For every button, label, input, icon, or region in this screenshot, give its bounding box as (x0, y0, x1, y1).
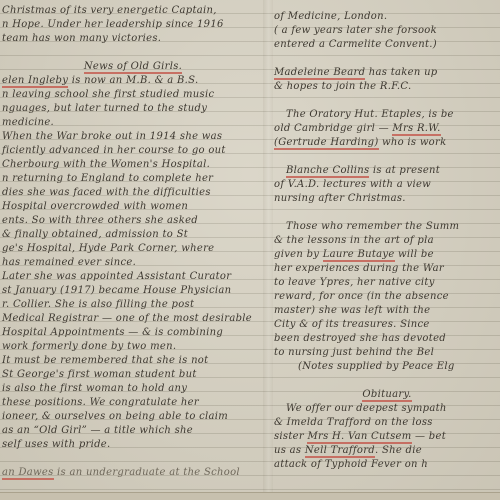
handwriting-text: r. Collier. She is also filling the post (2, 299, 194, 310)
handwriting-text: n leaving school she first studied music (2, 89, 214, 100)
handwriting-line: medicine. (2, 116, 264, 130)
manuscript-photo: Christmas of its very energetic Captain,… (0, 0, 500, 500)
handwriting-text: The Oratory Hut. Etaples, is be (286, 109, 454, 120)
handwriting-text: us as (274, 445, 305, 456)
handwriting-line: n Hope. Under her leadership since 1916 (2, 18, 264, 32)
handwriting-line: Those who remember the Summ (274, 220, 500, 234)
handwriting-text: ( a few years later she forsook (274, 25, 437, 36)
handwriting-line: Hospital overcrowded with women (2, 200, 264, 214)
handwriting-text: & Imelda Trafford on the loss (274, 417, 433, 428)
handwriting-text: St George's first woman student but (2, 369, 197, 380)
handwriting-text: self uses with pride. (2, 439, 111, 450)
handwriting-line: master) she was left with the (274, 304, 500, 318)
handwriting-line: st January (1917) became House Physician (2, 284, 264, 298)
handwriting-line: to leave Ypres, her native city (274, 276, 500, 290)
handwriting-line: given by Laure Butaye will be (274, 248, 500, 262)
handwriting-text: Later she was appointed Assistant Curato… (2, 271, 231, 282)
handwriting-line: of V.A.D. lectures with a view (274, 178, 500, 192)
red-underlined-name: Madeleine Beard (274, 67, 365, 80)
handwriting-text: team has won many victories. (2, 33, 161, 44)
handwriting-text: dies she was faced with the difficulties (2, 187, 211, 198)
handwriting-text: st January (1917) became House Physician (2, 285, 231, 296)
handwriting-line: It must be remembered that she is not (2, 354, 264, 368)
right-page: of Medicine, London.( a few years later … (272, 0, 500, 500)
handwriting-line: ents. So with three others she asked (2, 214, 264, 228)
left-page: Christmas of its very energetic Captain,… (0, 0, 264, 500)
handwriting-text: of V.A.D. lectures with a view (274, 179, 431, 190)
handwriting-line: nguages, but later turned to the study (2, 102, 264, 116)
handwriting-line: ficiently advanced in her course to go o… (2, 144, 264, 158)
handwriting-text: n returning to England to complete her (2, 173, 213, 184)
handwriting-line: an Dawes is an undergraduate at the Scho… (2, 466, 264, 480)
red-underlined-name: Mrs R.W. (392, 123, 440, 136)
handwriting-line: reward, for once (in the absence (274, 290, 500, 304)
red-underlined-name: News of Old Girls. (84, 61, 182, 74)
red-underlined-name: Obituary. (362, 389, 411, 402)
handwriting-text: given by (274, 249, 323, 260)
handwriting-line: r. Collier. She is also filling the post (2, 298, 264, 312)
handwriting-line: to nursing just behind the Bel (274, 346, 500, 360)
handwriting-text: Medical Registrar — one of the most desi… (2, 313, 252, 324)
handwriting-line: We offer our deepest sympath (274, 402, 500, 416)
handwriting-line: City & of its treasures. Since (274, 318, 500, 332)
handwriting-line: Christmas of its very energetic Captain, (2, 4, 264, 18)
handwriting-line: work formerly done by two men. (2, 340, 264, 354)
handwriting-text: & finally obtained, admission to St (2, 229, 188, 240)
handwriting-text: sister (274, 431, 307, 442)
handwriting-line: St George's first woman student but (2, 368, 264, 382)
handwriting-line: Blanche Collins is at present (274, 164, 500, 178)
handwriting-line: sister Mrs H. Van Cutsem — bet (274, 430, 500, 444)
section-heading-news-of-old-girls: News of Old Girls. (2, 60, 264, 74)
red-underlined-name: (Gertrude Harding) (274, 137, 379, 150)
handwriting-text: will be (395, 249, 434, 260)
handwriting-text: (Notes supplied by Peace Elg (298, 361, 455, 372)
handwriting-line: these positions. We congratulate her (2, 396, 264, 410)
handwriting-line: (Gertrude Harding) who is work (274, 136, 500, 150)
handwriting-text: has remained ever since. (2, 257, 136, 268)
red-underlined-name: an Dawes (2, 467, 54, 480)
handwriting-text: old Cambridge girl — (274, 123, 392, 134)
handwriting-text: master) she was left with the (274, 305, 430, 316)
handwriting-line: n leaving school she first studied music (2, 88, 264, 102)
handwriting-line: ge's Hospital, Hyde Park Corner, where (2, 242, 264, 256)
handwriting-text: medicine. (2, 117, 54, 128)
handwriting-line: us as Nell Trafford. She die (274, 444, 500, 458)
handwriting-line: attack of Typhoid Fever on h (274, 458, 500, 472)
handwriting-line: of Medicine, London. (274, 10, 500, 24)
handwriting-text: as an “Old Girl” — a title which she (2, 425, 193, 436)
handwriting-text: of Medicine, London. (274, 11, 387, 22)
handwriting-text: When the War broke out in 1914 she was (2, 131, 222, 142)
handwriting-line: is also the first woman to hold any (2, 382, 264, 396)
section-heading-obituary: Obituary. (274, 388, 500, 402)
handwriting-line: been destroyed she has devoted (274, 332, 500, 346)
red-underlined-name: Blanche Collins (286, 165, 369, 178)
handwriting-text: work formerly done by two men. (2, 341, 176, 352)
handwriting-line: has remained ever since. (2, 256, 264, 270)
handwriting-text: entered a Carmelite Convent.) (274, 39, 437, 50)
red-underlined-name: Nell Trafford (305, 445, 375, 458)
handwriting-line: & finally obtained, admission to St (2, 228, 264, 242)
handwriting-line: n returning to England to complete her (2, 172, 264, 186)
handwriting-text: been destroyed she has devoted (274, 333, 446, 344)
handwriting-line: The Oratory Hut. Etaples, is be (274, 108, 500, 122)
handwriting-text: is also the first woman to hold any (2, 383, 187, 394)
handwriting-line: as an “Old Girl” — a title which she (2, 424, 264, 438)
handwriting-text: ficiently advanced in her course to go o… (2, 145, 226, 156)
handwriting-line: her experiences during the War (274, 262, 500, 276)
handwriting-text: & the lessons in the art of pla (274, 235, 434, 246)
handwriting-text: Hospital overcrowded with women (2, 201, 188, 212)
handwriting-line: team has won many victories. (2, 32, 264, 46)
handwriting-text: to leave Ypres, her native city (274, 277, 435, 288)
handwriting-text: attack of Typhoid Fever on h (274, 459, 428, 470)
handwriting-line: Hospital Appointments — & is combining (2, 326, 264, 340)
handwriting-text: is at present (369, 165, 440, 176)
handwriting-line: entered a Carmelite Convent.) (274, 38, 500, 52)
handwriting-line: (Notes supplied by Peace Elg (274, 360, 500, 374)
red-underlined-name: Mrs H. Van Cutsem (307, 431, 411, 444)
handwriting-text: City & of its treasures. Since (274, 319, 430, 330)
handwriting-line: ioneer, & ourselves on being able to cla… (2, 410, 264, 424)
handwriting-text: ge's Hospital, Hyde Park Corner, where (2, 243, 214, 254)
handwriting-line: old Cambridge girl — Mrs R.W. (274, 122, 500, 136)
handwriting-line: Medical Registrar — one of the most desi… (2, 312, 264, 326)
handwriting-text: ents. So with three others she asked (2, 215, 198, 226)
handwriting-text: . She die (375, 445, 422, 456)
handwriting-text: who is work (379, 137, 447, 148)
handwriting-text: to nursing just behind the Bel (274, 347, 434, 358)
handwriting-text: — bet (412, 431, 447, 442)
handwriting-text: n Hope. Under her leadership since 1916 (2, 19, 224, 30)
handwriting-text: is an undergraduate at the School (54, 467, 240, 478)
handwriting-line: & the lessons in the art of pla (274, 234, 500, 248)
page-bottom-edge (0, 492, 500, 500)
handwriting-line: & Imelda Trafford on the loss (274, 416, 500, 430)
handwriting-line: & hopes to join the R.F.C. (274, 80, 500, 94)
handwriting-line: ( a few years later she forsook (274, 24, 500, 38)
handwriting-text: & hopes to join the R.F.C. (274, 81, 411, 92)
handwriting-text: It must be remembered that she is not (2, 355, 208, 366)
handwriting-line: nursing after Christmas. (274, 192, 500, 206)
red-underlined-name: elen Ingleby (2, 75, 68, 88)
handwriting-line: Madeleine Beard has taken up (274, 66, 500, 80)
handwriting-text: is now an M.B. & a B.S. (68, 75, 198, 86)
handwriting-text: these positions. We congratulate her (2, 397, 199, 408)
handwriting-line: Cherbourg with the Women's Hospital. (2, 158, 264, 172)
red-underlined-name: Laure Butaye (323, 249, 395, 262)
handwriting-text: nursing after Christmas. (274, 193, 406, 204)
handwriting-line: elen Ingleby is now an M.B. & a B.S. (2, 74, 264, 88)
handwriting-line: When the War broke out in 1914 she was (2, 130, 264, 144)
handwriting-text: Hospital Appointments — & is combining (2, 327, 223, 338)
handwriting-text: Those who remember the Summ (286, 221, 459, 232)
handwriting-text: has taken up (365, 67, 437, 78)
handwriting-line: self uses with pride. (2, 438, 264, 452)
handwriting-text: We offer our deepest sympath (286, 403, 447, 414)
handwriting-line: Later she was appointed Assistant Curato… (2, 270, 264, 284)
handwriting-text: nguages, but later turned to the study (2, 103, 207, 114)
handwriting-text: Cherbourg with the Women's Hospital. (2, 159, 210, 170)
handwriting-line: dies she was faced with the difficulties (2, 186, 264, 200)
handwriting-text: her experiences during the War (274, 263, 444, 274)
handwriting-text: Christmas of its very energetic Captain, (2, 5, 217, 16)
handwriting-text: reward, for once (in the absence (274, 291, 449, 302)
handwriting-text: ioneer, & ourselves on being able to cla… (2, 411, 228, 422)
